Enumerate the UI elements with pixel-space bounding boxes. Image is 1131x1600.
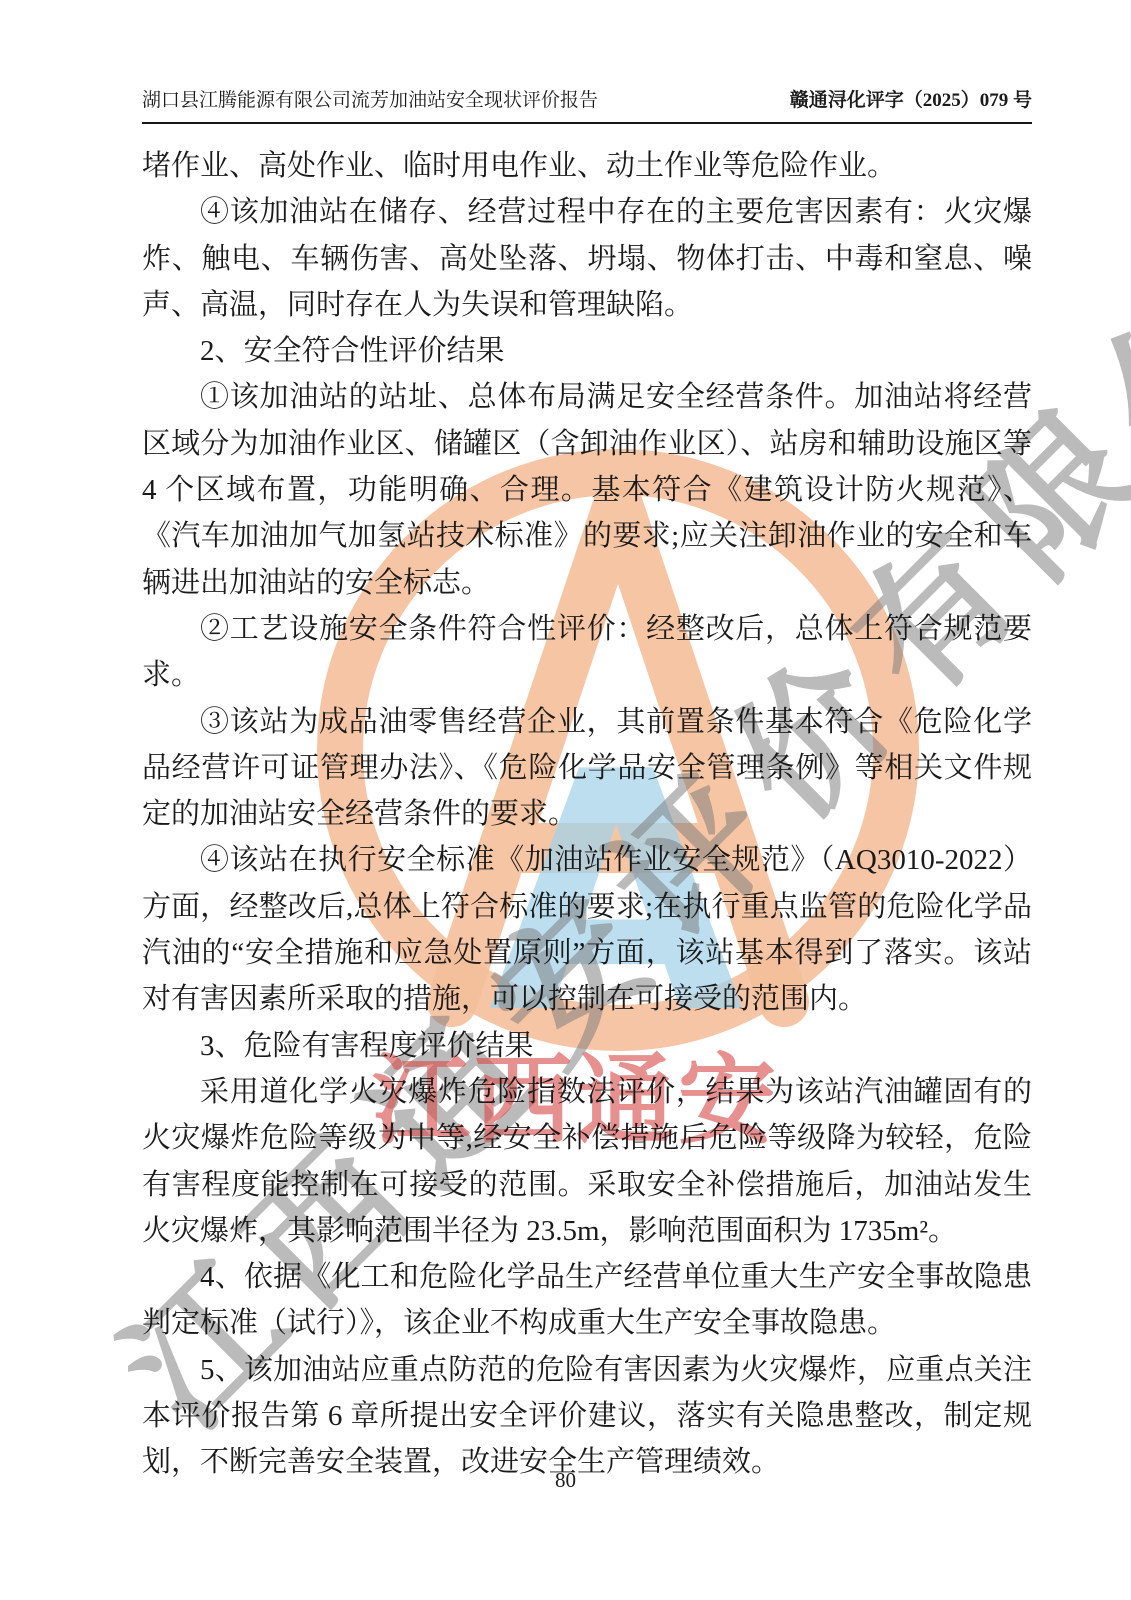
paragraph: 3、危险有害程度评价结果 <box>142 1023 1032 1069</box>
paragraph: ②工艺设施安全条件符合性评价：经整改后，总体上符合规范要求。 <box>142 606 1032 699</box>
paragraph: 5、该加油站应重点防范的危险有害因素为火灾爆炸，应重点关注本评价报告第 6 章所… <box>142 1347 1032 1486</box>
header-report-title: 湖口县江腾能源有限公司流芳加油站安全现状评价报告 <box>142 88 598 114</box>
paragraph: ①该加油站的站址、总体布局满足安全经营条件。加油站将经营区域分为加油作业区、储罐… <box>142 374 1032 605</box>
report-page: A 江西通安评价有限公司 江西通安 湖口县江腾能源有限公司流芳加油站安全现状评价… <box>0 0 1131 1600</box>
paragraph: 4、依据《化工和危险化学品生产经营单位重大生产安全事故隐患判定标准（试行）》，该… <box>142 1254 1032 1347</box>
paragraph: 采用道化学火灾爆炸危险指数法评价，结果为该站汽油罐固有的火灾爆炸危险等级为中等,… <box>142 1069 1032 1254</box>
paragraph: ④该站在执行安全标准《加油站作业安全规范》（AQ3010-2022）方面，经整改… <box>142 837 1032 1022</box>
document-body: 堵作业、高处作业、临时用电作业、动土作业等危险作业。④该加油站在储存、经营过程中… <box>142 143 1032 1486</box>
page-number: 80 <box>0 1468 1131 1493</box>
page-header: 湖口县江腾能源有限公司流芳加油站安全现状评价报告 赣通浔化评字（2025）079… <box>142 88 1032 124</box>
paragraph: 堵作业、高处作业、临时用电作业、动土作业等危险作业。 <box>142 143 1032 189</box>
header-document-number: 赣通浔化评字（2025）079 号 <box>790 88 1032 114</box>
paragraph: 2、安全符合性评价结果 <box>142 328 1032 374</box>
paragraph: ④该加油站在储存、经营过程中存在的主要危害因素有：火灾爆炸、触电、车辆伤害、高处… <box>142 189 1032 328</box>
paragraph: ③该站为成品油零售经营企业，其前置条件基本符合《危险化学品经营许可证管理办法》、… <box>142 699 1032 838</box>
